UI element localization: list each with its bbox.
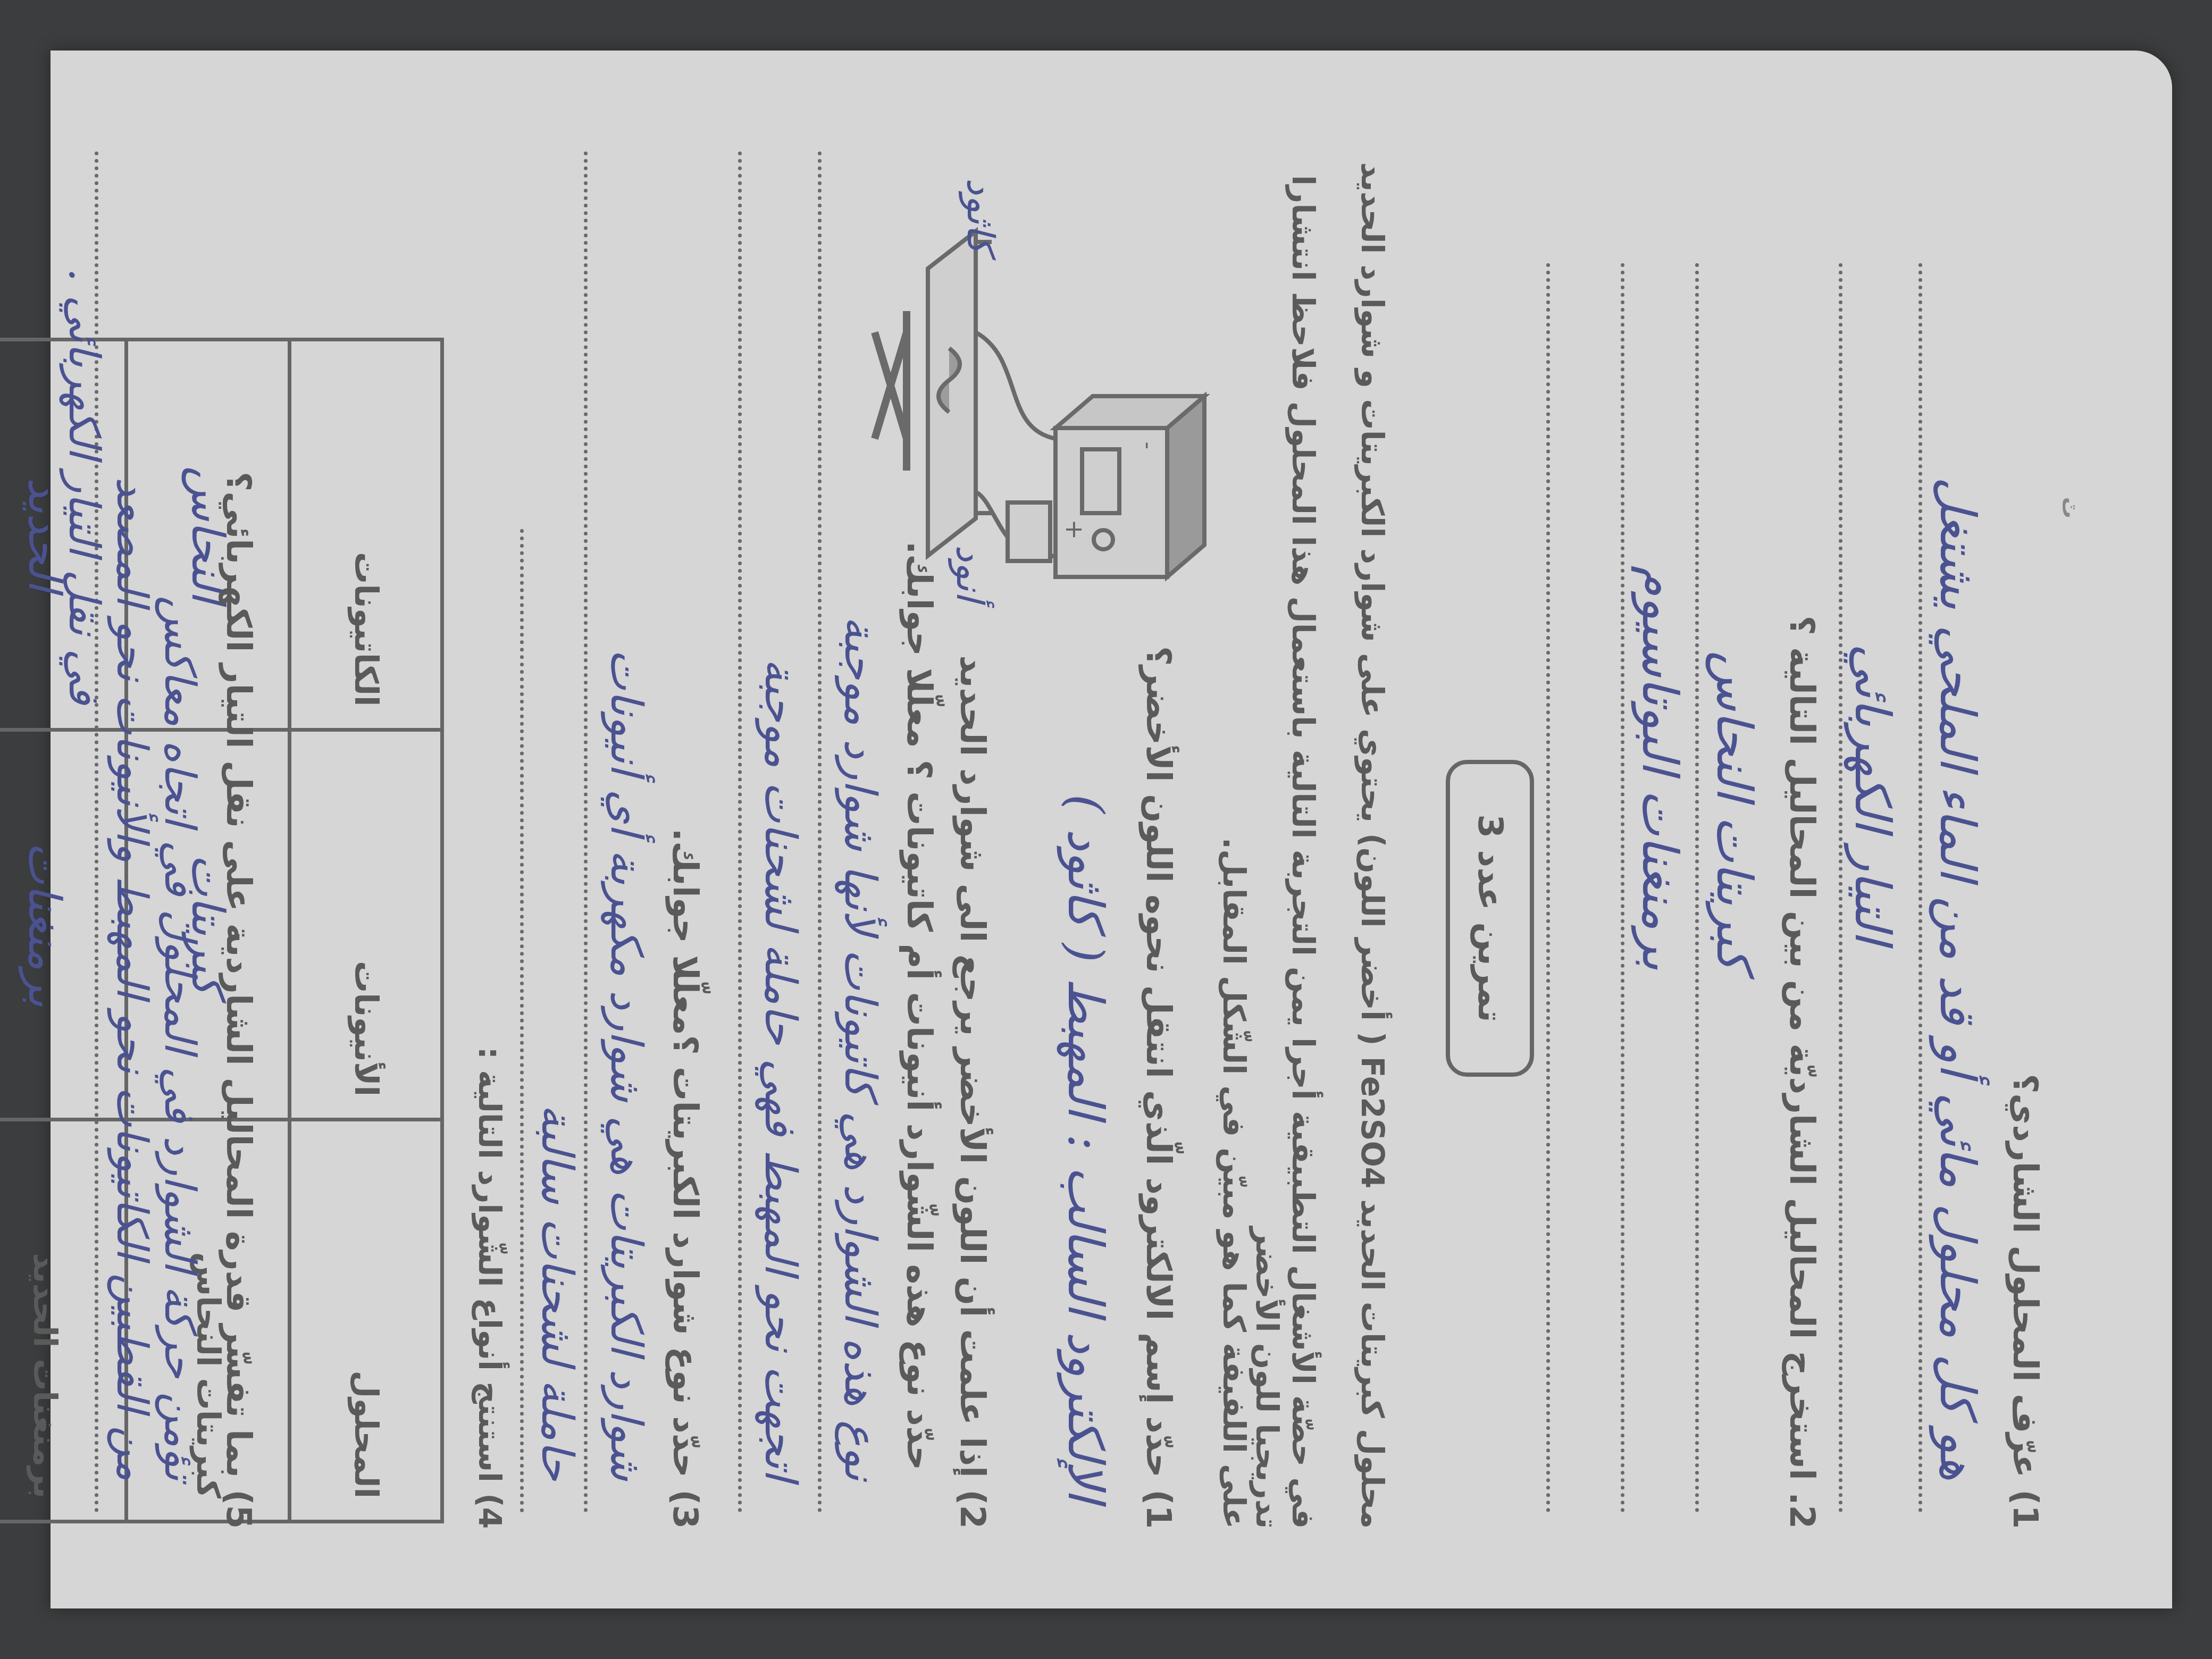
answer-line[interactable] [1918,263,1922,1513]
question-number: 2. [1782,1492,1821,1529]
question-number: 3) [665,1489,705,1529]
question-prompt: عرّف المحلول الشاردي؟ [2005,1074,2045,1478]
header-anions: الأنيونات [290,730,442,1120]
handwritten-answer: حاملة لشحنات سالبة [532,1104,582,1481]
question-prompt: حدّد إسم الالكترود الّذي انتقل نحوه اللو… [1138,646,1178,1478]
intro-line: محلول كبريتات الحديد Fe2SO4 ( أخضر اللون… [1354,157,1390,1529]
question-number: 1) [2005,1489,2045,1529]
worksheet-paper: ٽ 1) عرّف المحلول الشاردي؟ هو كل محلول م… [51,51,2172,1608]
question-prompt: استخرج المحاليل الشارديّة من بين المحالي… [1782,615,1821,1480]
table-header-row: المحلول الأنيونات الكاتيونات [290,340,442,1522]
handwritten-answer: تؤمن حركة الشوارد في المحلول في اتجاه مع… [155,596,205,1481]
answer-line[interactable] [738,152,742,1513]
exercise-title: تمرين عدد 3 [1470,815,1510,1023]
question-prompt: إذا علمت أن اللون الأخضر يرجع الى شوارد … [952,655,992,1478]
question-prompt: استنتج أنواع الشّوارد التالية : [472,1047,508,1482]
question-prompt: بما تفسّر قدرة المحاليل الشاردية على نقل… [219,472,258,1478]
question-number: 2) [952,1489,992,1529]
header-cations: الكاتيونات [290,340,442,730]
handwritten-answer: نوع هذه الشوارد هي كاتيونات لأنها شوارد … [835,616,885,1481]
answer-line[interactable] [1546,263,1550,1513]
svg-text:+: + [1060,519,1089,540]
handwritten-answer: اتجهت نحو المهبط فهي حاملة لشحنات موجبة [755,658,806,1481]
intro-line: في حصّة الأشغال التطبيقية أجرا يمن التجر… [1249,157,1321,1529]
handwritten-answer: في نقل التيار الكهربائي . [60,268,109,705]
svg-text:-: - [1135,442,1160,449]
answer-line[interactable] [1695,263,1699,1513]
question-number: 5) [219,1489,258,1529]
header-solution: المحلول [290,1120,442,1522]
handwritten-answer: من القطبين الكاتيونات نحو المهبط والأنيو… [107,477,157,1481]
anode-label: أنود [948,545,992,601]
question-number: 4) [472,1493,508,1529]
answer-line[interactable] [1839,263,1842,1513]
handwritten-answer: شوارد الكبريتات هي شوارد مكهربة أي أنيون… [601,649,651,1481]
stray-mark: ٽ [2057,497,2082,518]
handwritten-answer: الإلكترود السالب : المهبط ( كاثود ) [1057,794,1114,1502]
handwritten-answer: التيار الكهربائي [1844,644,1901,944]
answer-line[interactable] [520,529,524,1513]
question-prompt: حدّد نوع شوارد الكبريتات ؟معلّلا جوابك. [665,828,705,1478]
question-prompt: حدّد نوع هذه الشّوارد أنيونات أم كاتيونا… [899,541,939,1470]
answer-line[interactable] [584,152,588,1513]
handwritten-answer: هو كل محلول مائي أو قد من الماء الملحي ي… [1929,477,1986,1481]
exercise-title-box: تمرين عدد 3 [1446,760,1534,1077]
handwritten-answer: كبريتات النحاس [1706,651,1763,970]
answer-line[interactable] [818,152,822,1513]
cathode-label: كاثود [959,178,1002,253]
question-number: 1) [1138,1489,1178,1529]
handwritten-answer: برمنغنات البوتاسيوم [1631,566,1688,970]
answer-line[interactable] [1621,263,1624,1513]
